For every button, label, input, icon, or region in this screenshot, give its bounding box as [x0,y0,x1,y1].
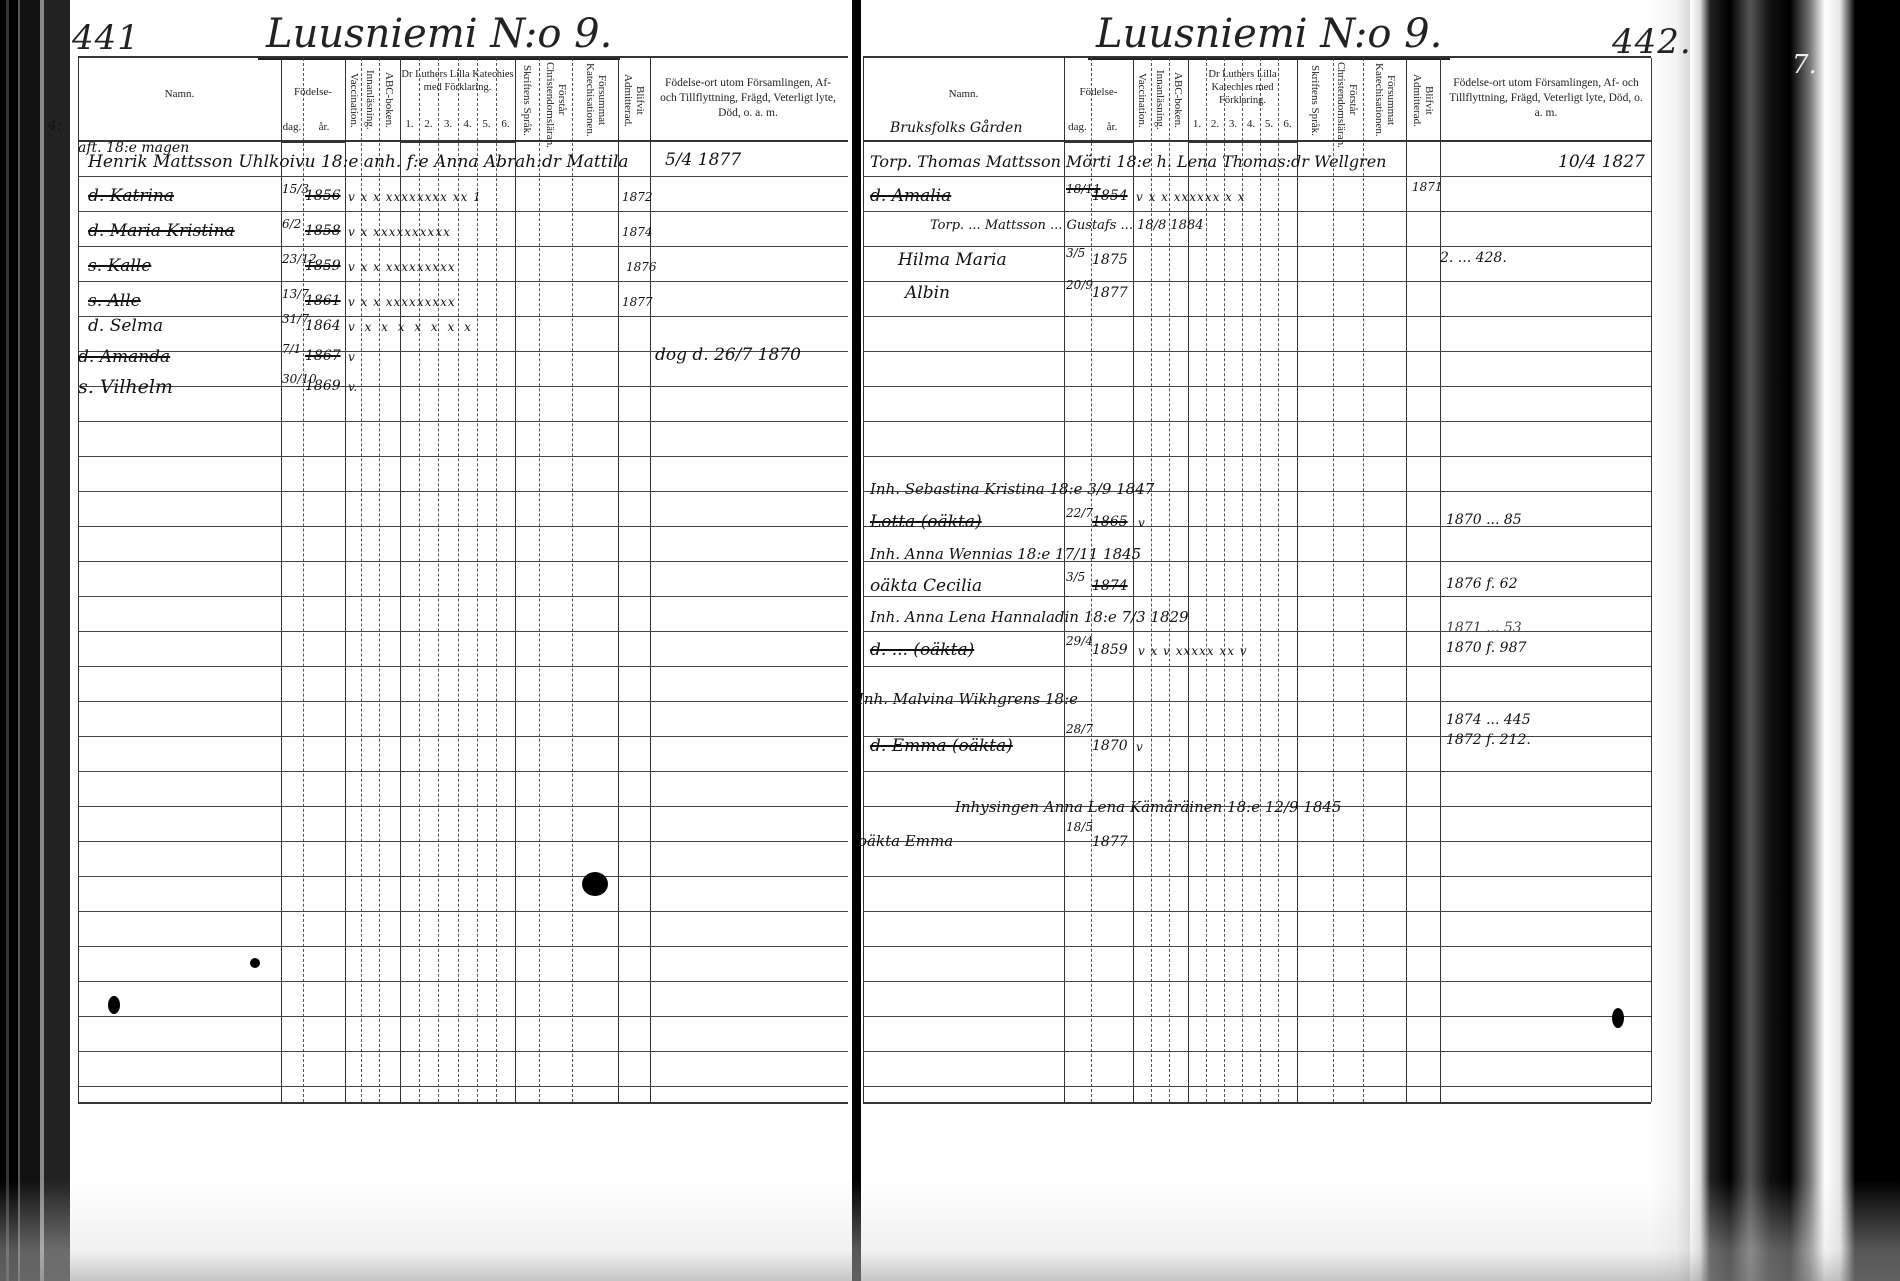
ruled-line [78,1051,848,1052]
ink-dot [250,958,260,968]
ruled-line [863,981,1651,982]
entry-marks: v x x xxxxxx x x [1136,190,1246,204]
entry-dag: 3/5 [1066,570,1085,584]
col-header-innanlasning: Innanläsning. [364,62,376,138]
entry-ar: 1856 [305,188,341,204]
col-header-skriftens: Skriftens Språk. [1309,62,1321,138]
ruled-line [78,596,848,597]
entry-ar: 1874 [1092,578,1128,594]
col-header-vaccination: Vaccination. [1136,62,1148,138]
entry-ar: 1877 [1092,285,1128,301]
col-header-fodelseort: Födelse-ort utom Församlingen, Af- och T… [658,76,838,121]
entry-marks: v x x xxxxxxxxx [348,295,456,309]
entry-name: Inh. Malvina Wikhgrens 18:e [858,690,1078,708]
entry-ar: 1859 [1092,642,1128,658]
ruled-line [78,806,848,807]
col-header-blifvit: Blifvit Admitterad. [1413,62,1435,138]
col-header-vaccination: Vaccination. [348,62,360,138]
entry-ar: 1859 [305,258,341,274]
ruled-line [78,211,848,212]
ruled-line [863,246,1651,247]
col-header-fodelseort: Födelse-ort utom Församlingen, Af- och T… [1448,76,1644,121]
entry-dag: 29/4 [1066,634,1093,648]
ruled-line [78,526,848,527]
book-binding-left [0,0,70,1281]
col-header-namn: Namn. [863,88,1064,101]
entry-name: d. Katrina [88,186,174,206]
entry-marks: v x x xxxxxxxx xx 1 [348,190,482,204]
col-header-forstar: Förstår Christendomsläran. [546,62,568,138]
ink-blot [582,872,608,896]
kat-3: 3. [438,118,458,131]
ruled-line [78,561,848,562]
ruled-line [78,1086,848,1087]
entry-note: 1874 ... 445 [1446,712,1531,728]
entry-name: Lotta (oäkta) [870,512,982,532]
ink-blot [1612,1008,1624,1028]
edge-mark: 7. [1792,50,1817,80]
col-header-dag: dag. [1064,121,1091,134]
ruled-line [863,876,1651,877]
col-header-katekes: Dr Luthers Lilla Katechies med Förklarin… [1188,68,1297,107]
entry-name: d. Emma (oäkta) [870,736,1013,756]
entry-note: 2. ... 428. [1440,250,1507,266]
entry-note: 1871 ... 53 [1446,620,1522,636]
page-title: Luusniemi N:o 9. [1088,12,1450,60]
col-header-forsummat: Försummat Katechisationen. [1375,62,1397,138]
ruled-line [78,736,848,737]
entry-marks: v x v xxxxx xx v [1138,644,1248,658]
ruled-line [863,351,1651,352]
ruled-line [78,386,848,387]
ruled-line [78,491,848,492]
ruled-line [78,281,848,282]
entry-ar: 1867 [305,348,341,364]
entry-dag: 20/9 [1066,278,1093,292]
col-header-forsummat: Försummat Katechisationen. [586,62,608,138]
entry-name: d. Amalia [870,186,951,206]
entry-dag: 22/7 [1066,506,1093,520]
ruled-line [78,911,848,912]
entry-admitted: 1876 [626,260,657,274]
ruled-line [863,841,1651,842]
col-header-katekes: Dr Luthers Lilla Katechies med Förklarin… [400,68,515,94]
entry-ar: 1870 [1092,738,1128,754]
entry-dag: 3/5 [1066,246,1085,260]
entry-note: 1876 f. 62 [1446,576,1517,592]
entry-marks: v x x xxxxxxxxx [348,260,456,274]
entry-name: d. Maria Kristina [88,221,235,241]
kat-1: 1. [400,118,419,131]
entry-note: 10/4 1827 [1558,152,1645,172]
ruled-line [863,211,1651,212]
ruled-line [78,666,848,667]
ruled-line [863,596,1651,597]
kat-4: 4. [458,118,477,131]
ruled-line [863,421,1651,422]
ruled-line [78,631,848,632]
ruled-line [863,456,1651,457]
ruled-line [863,281,1651,282]
margin-note: 4: [48,118,62,134]
ruled-line [78,946,848,947]
entry-marks: v [1138,516,1145,530]
kat-1: 1. [1188,118,1206,131]
entry-ar: 1858 [305,223,341,239]
col-header-fodelse: Födelse- [281,86,345,99]
kat-3: 3. [1224,118,1242,131]
kat-2: 2. [419,118,438,131]
entry-admitted: 1872 [622,190,653,204]
ruled-line [78,876,848,877]
entry-ar: 1854 [1092,188,1128,204]
ruled-line [78,1016,848,1017]
page-bottom-shadow [0,1180,1900,1281]
kat-4: 4. [1242,118,1260,131]
entry-name: d. Selma [88,316,163,336]
book-binding-right [1690,0,1900,1281]
entry-name: d. ... (oäkta) [870,640,974,660]
entry-note: 5/4 1877 [665,150,741,170]
page-number: 441 [72,18,140,58]
ruled-line [863,1051,1651,1052]
entry-admitted: 1874 [622,225,653,239]
kat-2: 2. [1206,118,1224,131]
ruled-line [78,421,848,422]
col-header-forstar: Förstår Christendomsläran. [1337,62,1359,138]
ruled-line [78,456,848,457]
ruled-line [863,631,1651,632]
entry-name: oäkta Cecilia [870,576,982,596]
entry-name: Torp. Thomas Mattsson Mörti 18:e h. Lena… [870,152,1386,171]
entry-marks: v x xxxxxxxxxx [348,225,451,239]
entry-dag: 28/7 [1066,722,1093,736]
entry-admitted: 1877 [622,295,653,309]
entry-name: d. Amanda [78,347,170,367]
entry-name: Inh. Sebastina Kristina 18:e 3/9 1847 [870,480,1154,498]
entry-name: s. Vilhelm [78,376,173,398]
register-table-left: Namn. Födelse- dag. år. Vaccination. Inn… [78,56,848,1104]
entry-dag: 18/5 [1066,820,1093,834]
ruled-line [78,316,848,317]
entry-name: Inh. Anna Wennias 18:e 17/11 1845 [870,545,1141,563]
ruled-line [78,246,848,247]
entry-name: Inh. Anna Lena Hannaladin 18:e 7/3 1829 [870,608,1189,626]
ruled-line [863,946,1651,947]
entry-marks: v [1136,740,1143,754]
entry-marks: v x x x x x x x [348,320,474,334]
kat-6: 6. [496,118,515,131]
entry-note: dog d. 26/7 1870 [655,345,801,365]
entry-dag: 6/2 [282,217,301,231]
entry-name: Albin [905,283,950,303]
entry-ar: 1869 [305,378,341,394]
ruled-line [863,176,1651,177]
col-header-abc: ABC-boken. [1172,62,1184,138]
ruled-line [863,1016,1651,1017]
entry-name: Henrik Mattsson Uhlkoivu 18:e anh. f:e A… [88,152,629,172]
col-header-namn: Namn. [78,88,281,101]
entry-ar: 1877 [1092,834,1128,850]
entry-name: s. Alle [88,291,141,311]
col-header-dag: dag. [281,121,303,134]
col-header-innanlasning: Innanläsning. [1154,62,1166,138]
ruled-line [863,1086,1651,1087]
entry-dag: 7/1 [282,342,301,356]
page-title: Luusniemi N:o 9. [258,12,620,60]
entry-note: 1870 ... 85 [1446,512,1522,528]
page-edge-right [1650,0,1694,1281]
ruled-line [78,841,848,842]
ruled-line [78,176,848,177]
entry-name: Hilma Maria [898,250,1007,270]
entry-ar: 1864 [305,318,341,334]
ruled-line [863,386,1651,387]
col-header-blifvit: Blifvit Admitterad. [624,62,646,138]
entry-name: Torp. ... Mattsson ... Gustafs ... 18/8 … [930,218,1204,233]
ruled-line [78,981,848,982]
entry-ar: 1865 [1092,514,1128,530]
ruled-line [863,771,1651,772]
entry-name: Inhysingen Anna Lena Kämäräinen 18:e 12/… [955,798,1341,816]
kat-5: 5. [1260,118,1278,131]
entry-ar: 1861 [305,293,341,309]
ruled-line [863,911,1651,912]
entry-name: s. Kalle [88,256,151,276]
ruled-line [78,771,848,772]
entry-ar: 1875 [1092,252,1128,268]
kat-6: 6. [1278,118,1297,131]
kat-5: 5. [477,118,496,131]
entry-marks: v [348,350,355,364]
entry-admitted: 1871 [1412,180,1443,194]
entry-note: 1872 f. 212. [1446,732,1531,748]
col-header-ar: år. [1091,121,1133,134]
col-header-ar: år. [303,121,345,134]
ruled-line [78,701,848,702]
book-gutter [852,0,861,1281]
col-header-abc: ABC-boken. [383,62,395,138]
entry-note: 1870 f. 987 [1446,640,1526,656]
ink-blot [108,996,120,1014]
col-header-skriftens: Skriftens Språk. [521,62,533,138]
entry-name: oäkta Emma [858,832,953,850]
entry-name: Bruksfolks Gården [890,120,1022,136]
entry-marks: v. [348,380,357,394]
ruled-line [863,666,1651,667]
col-header-fodelse: Födelse- [1064,86,1133,99]
ruled-line [863,316,1651,317]
